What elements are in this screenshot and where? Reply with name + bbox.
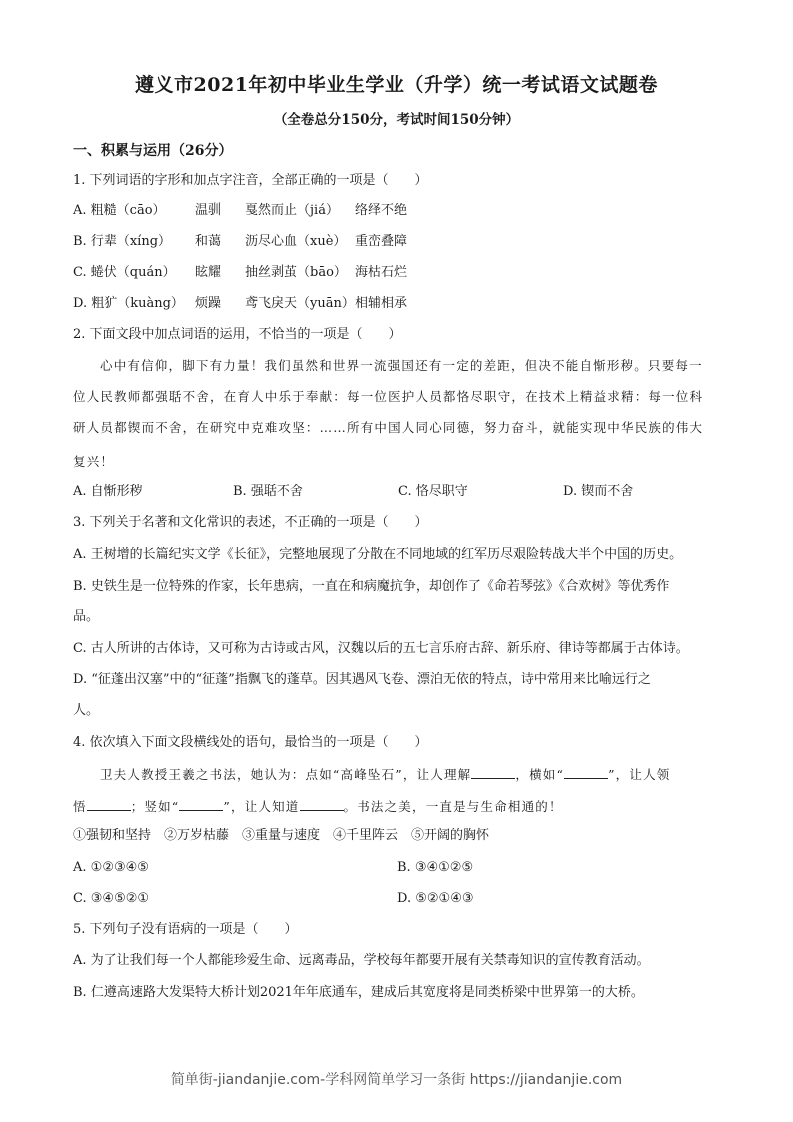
option-d: D. 锲而不舍	[563, 482, 633, 502]
footer-watermark: 简单街-jiandanjie.com-学科网简单学习一条街 https://ji…	[0, 1069, 793, 1089]
fill-blank-1	[471, 765, 515, 779]
passage-line: 卫夫人教授王羲之书法，她认为：点如“高峰坠石”，让人理解，横如“”，让人领	[100, 765, 670, 785]
option-c: C. ③④⑤②①	[73, 889, 397, 909]
question-1-stem: 1. 下列词语的字形和加点字注音，全部正确的一项是（ ）	[73, 171, 428, 191]
question-3-option-c: C. 古人所讲的古体诗，又可称为古诗或古风，汉魏以后的五七言乐府古辞、新乐府、律…	[73, 639, 689, 659]
question-3-option-d-cont: 人。	[73, 701, 99, 721]
option-text: 烦躁	[195, 294, 245, 314]
passage-line: 心中有信仰，脚下有力量！我们虽然和世界一流强国还有一定的差距，但决不能自惭形秽。…	[100, 356, 703, 376]
option-a: A. ①②③④⑤	[73, 858, 397, 878]
question-3-option-a: A. 王树增的长篇纪实文学《长征》，完整地展现了分散在不同地域的红军历尽艰险转战…	[73, 545, 682, 565]
question-4-stem: 4. 依次填入下面文段横线处的语句，最恰当的一项是（ ）	[73, 733, 428, 753]
page-title: 遵义市2021年初中毕业生学业（升学）统一考试语文试题卷	[0, 70, 793, 97]
option-text: C. 蜷伏（quán）	[73, 263, 195, 283]
option-text: 络绎不绝	[355, 201, 407, 221]
option-text: D. 粗犷（kuàng）	[73, 294, 195, 314]
question-2-stem: 2. 下面文段中加点词语的运用，不恰当的一项是（ ）	[73, 325, 402, 345]
question-1-option-b: B. 行辈（xíng）和蔼沥尽心血（xuè）重峦叠障	[73, 232, 407, 252]
fill-blank-4	[179, 797, 223, 811]
option-d: D. ⑤②①④③	[397, 889, 474, 909]
question-3-stem: 3. 下列关于名著和文化常识的表述，不正确的一项是（ ）	[73, 513, 428, 533]
option-b: B. 强聒不舍	[233, 482, 398, 502]
question-4-options-row2: C. ③④⑤②①D. ⑤②①④③	[73, 889, 474, 909]
option-text: 温驯	[195, 201, 245, 221]
question-5-option-a: A. 为了让我们每一个人都能珍爱生命、远离毒品，学校每年都要开展有关禁毒知识的宣…	[73, 951, 650, 971]
option-text: 重峦叠障	[355, 232, 407, 252]
passage-line: 研人员都锲而不舍，在研究中克难攻坚：……所有中国人同心同德，努力奋斗，就能实现中…	[73, 418, 703, 438]
question-3-option-b-cont: 品。	[73, 607, 99, 627]
option-text: 海枯石烂	[355, 263, 407, 283]
passage-line: 位人民教师都强聒不舍，在育人中乐于奉献：每一位医护人员都恪尽职守，在技术上精益求…	[73, 387, 703, 407]
question-4-options-row1: A. ①②③④⑤B. ③④①②⑤	[73, 858, 473, 878]
question-1-option-d: D. 粗犷（kuàng）烦躁鸢飞戾天（yuān）相辅相承	[73, 294, 407, 314]
page-subtitle: （全卷总分150分，考试时间150分钟）	[0, 108, 793, 128]
option-b: B. ③④①②⑤	[397, 858, 473, 878]
fill-blank-5	[300, 797, 344, 811]
fill-blank-2	[564, 765, 608, 779]
fill-blank-3	[87, 797, 131, 811]
option-text: A. 粗糙（cāo）	[73, 201, 195, 221]
question-2-options: A. 自惭形秽B. 强聒不舍C. 恪尽职守D. 锲而不舍	[73, 482, 633, 502]
question-3-option-b: B. 史铁生是一位特殊的作家，长年患病，一直在和病魔抗争，却创作了《命若琴弦》《…	[73, 577, 669, 597]
option-c: C. 恪尽职守	[398, 482, 563, 502]
option-text: B. 行辈（xíng）	[73, 232, 195, 252]
question-4-choices: ①强韧和坚持 ②万岁枯藤 ③重量与速度 ④千里阵云 ⑤开阔的胸怀	[73, 826, 489, 846]
option-text: 戛然而止（jiá）	[245, 201, 355, 221]
question-5-option-b: B. 仁遵高速路大发渠特大桥计划2021年年底通车，建成后其宽度将是同类桥梁中世…	[73, 983, 644, 1003]
question-5-stem: 5. 下列句子没有语病的一项是（ ）	[73, 920, 298, 940]
option-text: 眩耀	[195, 263, 245, 283]
passage-line: 复兴！	[73, 452, 114, 472]
option-text: 鸢飞戾天（yuān）	[245, 294, 355, 314]
passage-line: 悟；竖如“”，让人知道。书法之美，一直是与生命相通的！	[73, 797, 563, 817]
option-text: 抽丝剥茧（bāo）	[245, 263, 355, 283]
option-a: A. 自惭形秽	[73, 482, 233, 502]
question-1-option-c: C. 蜷伏（quán）眩耀抽丝剥茧（bāo）海枯石烂	[73, 263, 407, 283]
question-1-option-a: A. 粗糙（cāo）温驯戛然而止（jiá）络绎不绝	[73, 201, 407, 221]
option-text: 和蔼	[195, 232, 245, 252]
question-3-option-d: D. “征蓬出汉塞”中的“征蓬”指飘飞的蓬草。因其遇风飞卷、漂泊无依的特点，诗中…	[73, 670, 651, 690]
exam-page: 遵义市2021年初中毕业生学业（升学）统一考试语文试题卷 （全卷总分150分，考…	[0, 0, 793, 1122]
option-text: 相辅相承	[355, 294, 407, 314]
section-heading: 一、积累与运用（26分）	[73, 141, 232, 161]
option-text: 沥尽心血（xuè）	[245, 232, 355, 252]
